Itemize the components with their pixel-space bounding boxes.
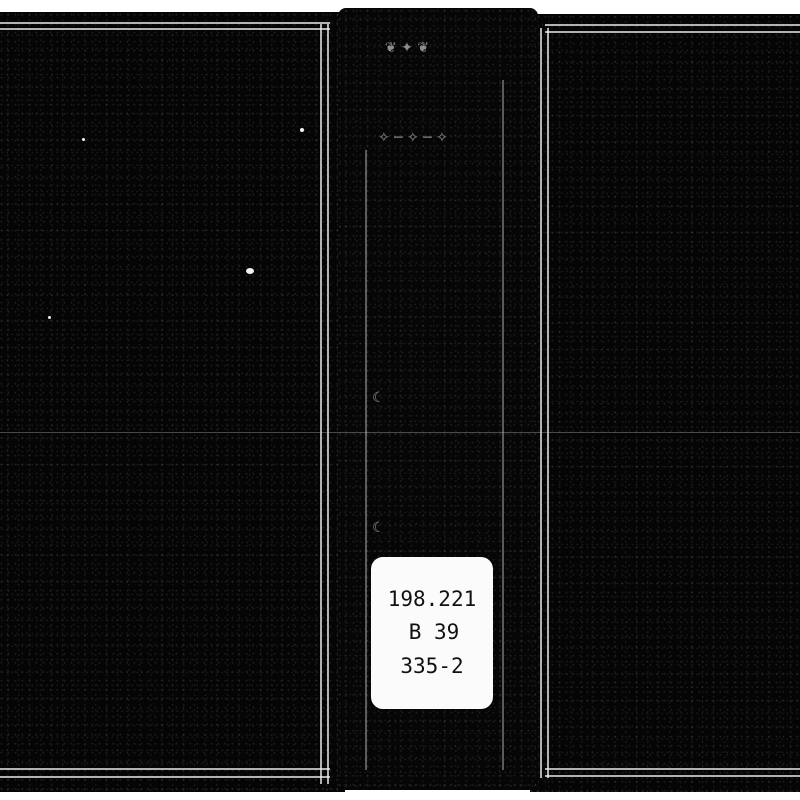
border-rule <box>320 24 322 784</box>
front-board <box>0 12 345 792</box>
back-board <box>530 14 800 792</box>
border-rule <box>0 768 330 770</box>
border-rule <box>545 775 800 777</box>
dust-speck <box>48 316 51 319</box>
call-number-cutter: B 39 <box>405 621 460 644</box>
dust-speck <box>246 268 254 274</box>
border-rule <box>327 24 329 784</box>
border-rule <box>545 31 800 33</box>
border-rule <box>545 24 800 26</box>
spine-ornament: ☾ <box>372 390 385 406</box>
dust-speck <box>300 128 304 132</box>
border-rule <box>0 28 330 30</box>
border-rule <box>0 22 330 24</box>
border-rule <box>0 776 330 778</box>
spine-ornament: ☾ <box>372 520 385 536</box>
spine-ornament: ✧ ─ ✧ ─ ✧ <box>378 130 448 146</box>
dust-speck <box>82 138 85 141</box>
border-rule <box>547 28 549 778</box>
spine-ornament: ❦ ✦ ❦ <box>385 40 429 56</box>
call-number-class: 198.221 <box>388 588 477 611</box>
spine-rule <box>365 150 367 770</box>
border-rule <box>545 768 800 770</box>
book-cover-scan: ❦ ✦ ❦ ✧ ─ ✧ ─ ✧ ☾ ☾ 198.221 B 39 335-2 <box>0 0 800 800</box>
call-number-label: 198.221 B 39 335-2 <box>371 557 493 709</box>
spine-rule <box>502 80 504 770</box>
call-number-copy: 335-2 <box>400 655 463 678</box>
fold-crease <box>0 432 800 433</box>
border-rule <box>540 28 542 778</box>
